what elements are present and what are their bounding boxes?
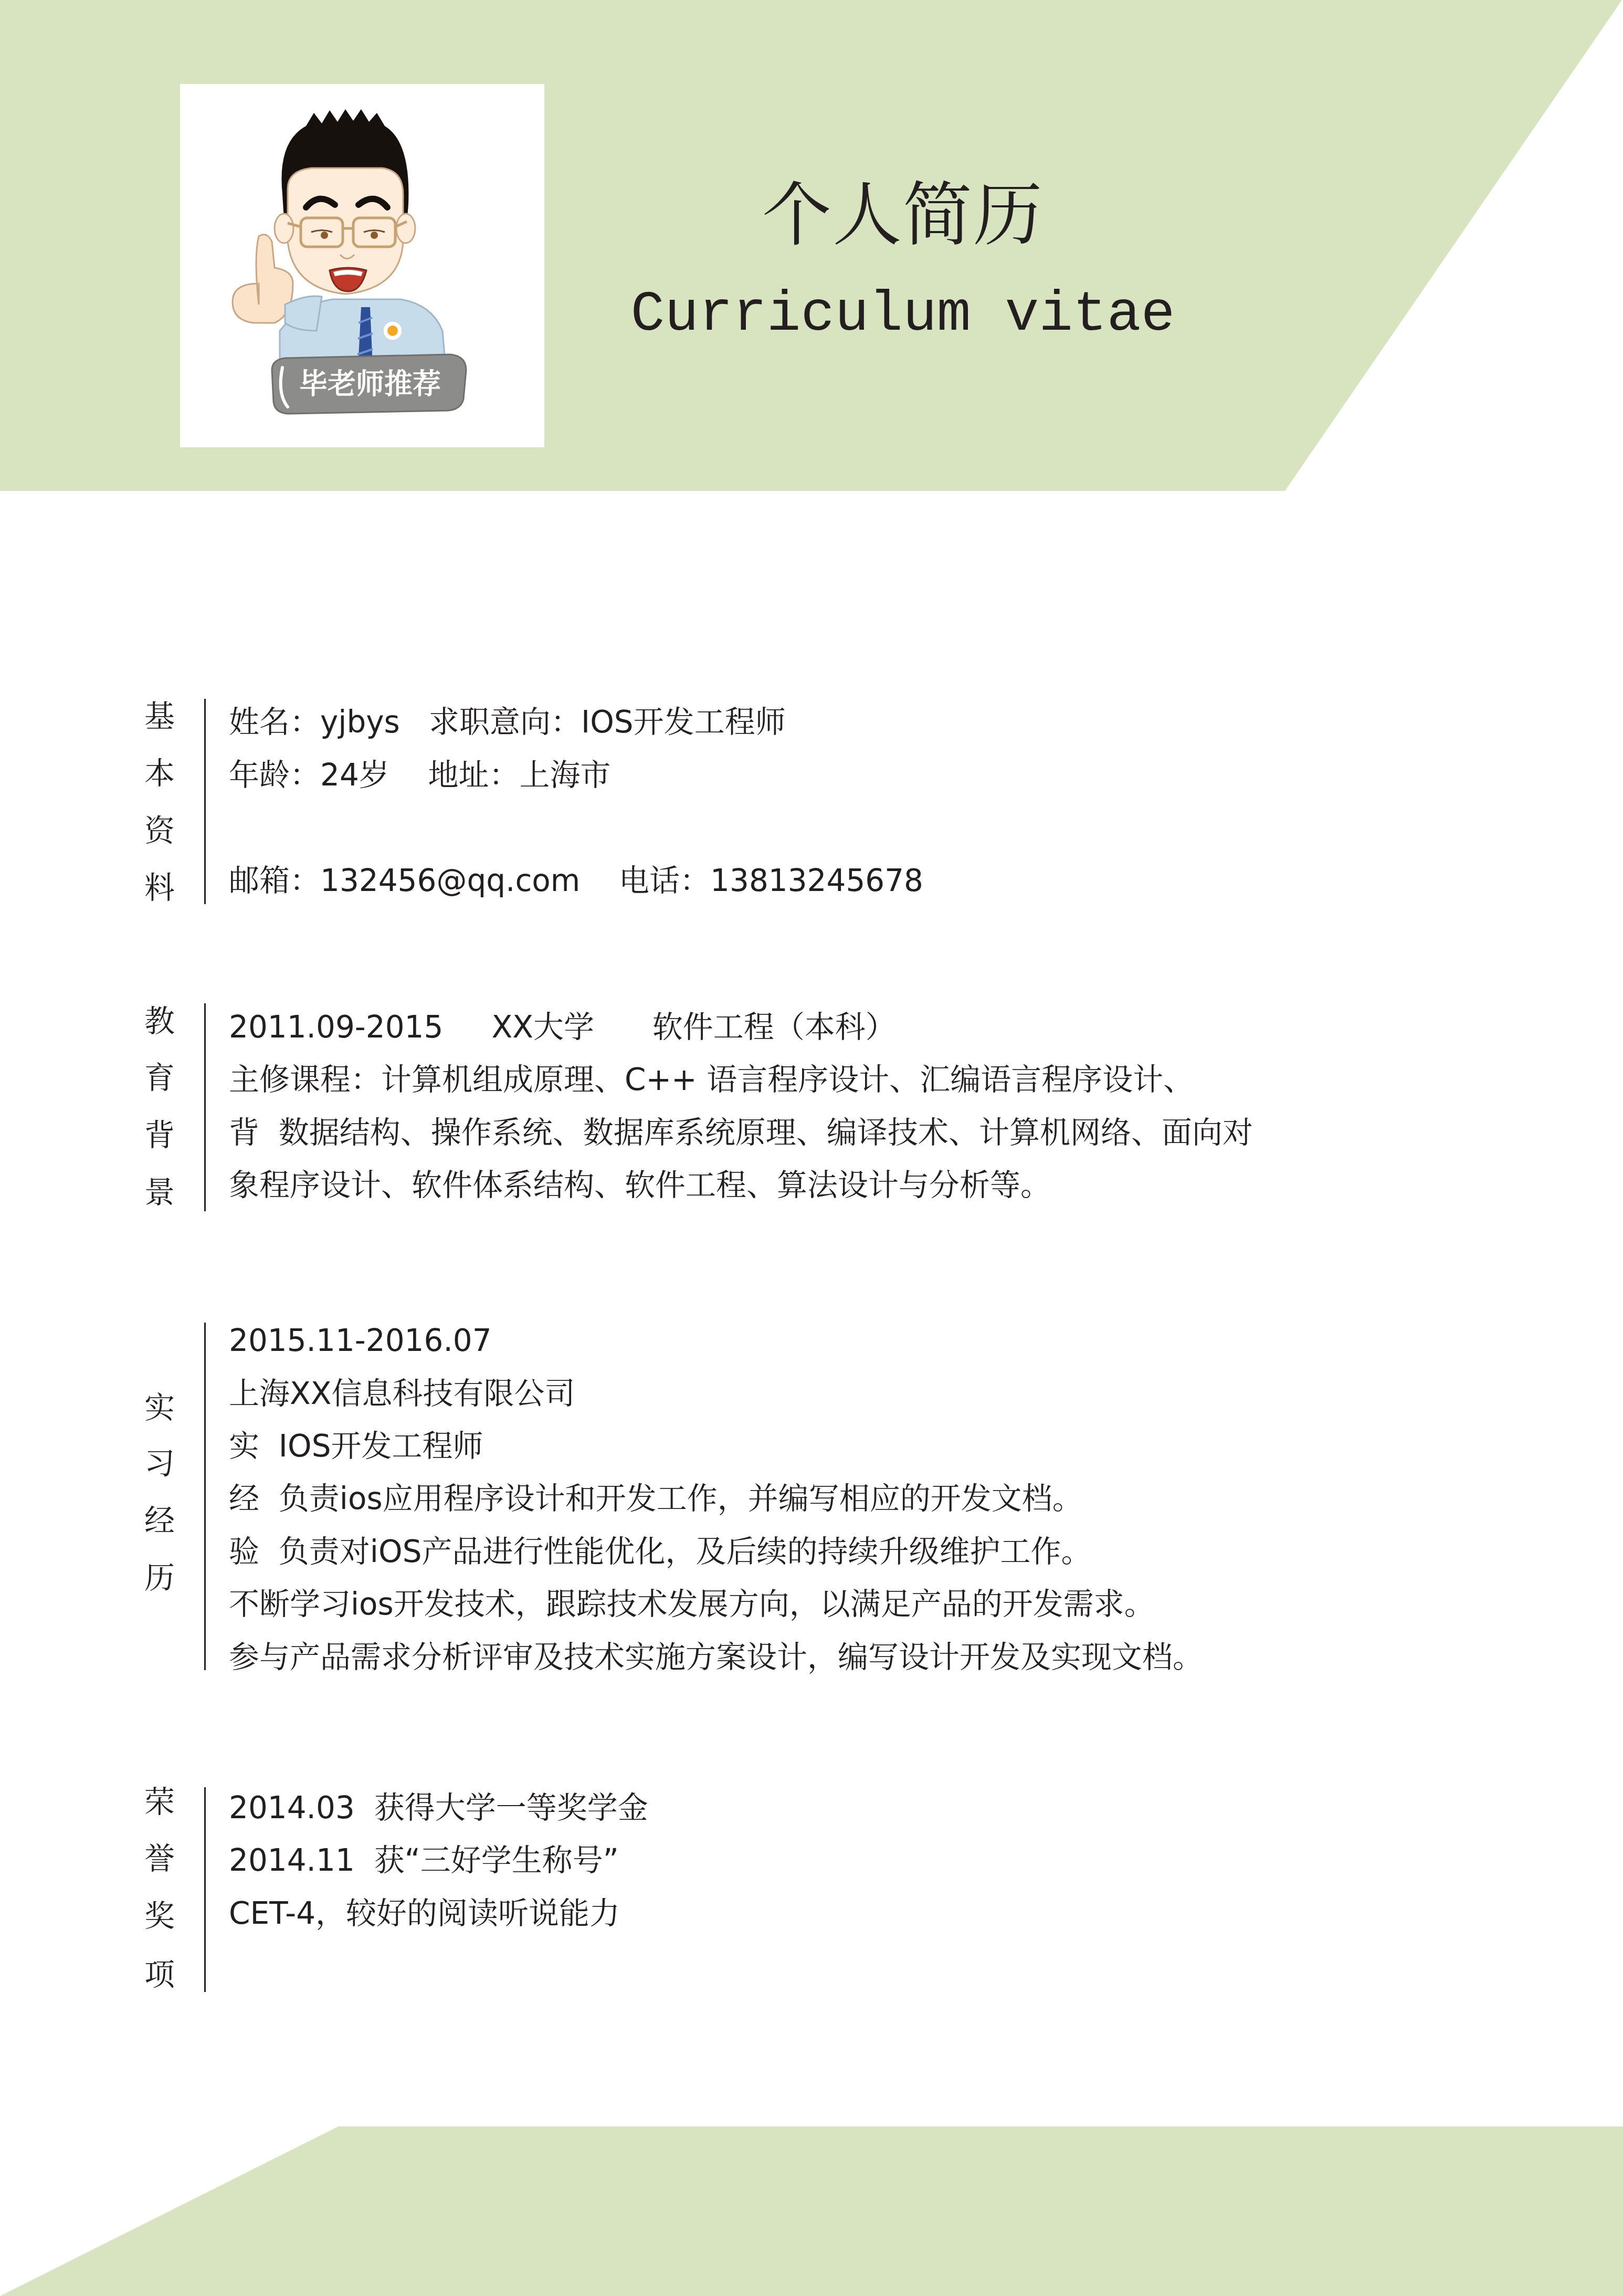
section-divider-line [204,699,206,904]
honors-line: CET-4，较好的阅读听说能力 [229,1895,620,1932]
internship-line: 上海XX信息科技有限公司 [229,1375,575,1412]
honors-line: 2014.11 获“三好学生称号” [229,1842,619,1879]
internship-line: 不断学习ios开发技术，跟踪技术发展方向，以满足产品的开发需求。 [229,1586,1155,1622]
education-line: 主修课程：计算机组成原理、C++ 语言程序设计、汇编语言程序设计、 [229,1061,1194,1098]
section-label-char: 背 [143,1118,176,1152]
section-label-char: 实 [143,1391,176,1424]
section-label-char: 教 [143,1004,176,1038]
photo-badge-text: 毕老师推荐 [299,368,441,401]
section-label-char: 资 [143,814,176,847]
basic-age-address-line: 年龄：24岁 地址：上海市 [229,757,611,793]
section-label-char: 本 [143,757,176,790]
internship-line: 参与产品需求分析评审及技术实施方案设计，编写设计开发及实现文档。 [229,1639,1203,1675]
education-line: 背 数据结构、操作系统、数据库系统原理、编译技术、计算机网络、面向对 [229,1114,1253,1151]
internship-line: 经 负责ios应用程序设计和开发工作，并编写相应的开发文档。 [229,1480,1083,1517]
education-line: 2011.09-2015 XX大学 软件工程（本科） [229,1009,896,1045]
section-label-char: 景 [143,1176,176,1209]
resume-title-cn: 个人简历 [682,173,1123,257]
section-label-char: 育 [143,1061,176,1095]
section-label-char: 经 [143,1504,176,1537]
section-label-char: 习 [143,1446,176,1480]
basic-email-phone-line: 邮箱：132456@qq.com 电话：13813245678 [229,862,923,899]
resume-title-en: Curriculum vitae [619,281,1186,349]
section-label-char: 料 [143,871,176,905]
cartoon-avatar-icon: 毕老师推荐 [180,84,544,447]
section-divider-line [204,1787,206,1992]
profile-photo: 毕老师推荐 [180,84,544,447]
section-divider-line [204,1323,206,1670]
footer-green-band [0,2126,1623,2296]
section-label-char: 基 [143,699,176,733]
section-label-char: 历 [143,1561,176,1595]
education-line: 象程序设计、软件体系结构、软件工程、算法设计与分析等。 [229,1167,1051,1203]
section-label-char: 誉 [143,1842,176,1875]
section-label-char: 荣 [143,1785,176,1819]
section-divider-line [204,1003,206,1211]
section-label-char: 项 [143,1958,176,1991]
section-label-char: 奖 [143,1899,176,1933]
honors-line: 2014.03 获得大学一等奖学金 [229,1789,648,1826]
internship-line: 验 负责对iOS产品进行性能优化，及后续的持续升级维护工作。 [229,1533,1091,1570]
internship-line: 2015.11-2016.07 [229,1322,492,1359]
basic-name-job-line: 姓名：yjbys 求职意向：IOS开发工程师 [229,704,786,740]
internship-line: 实 IOS开发工程师 [229,1428,483,1464]
